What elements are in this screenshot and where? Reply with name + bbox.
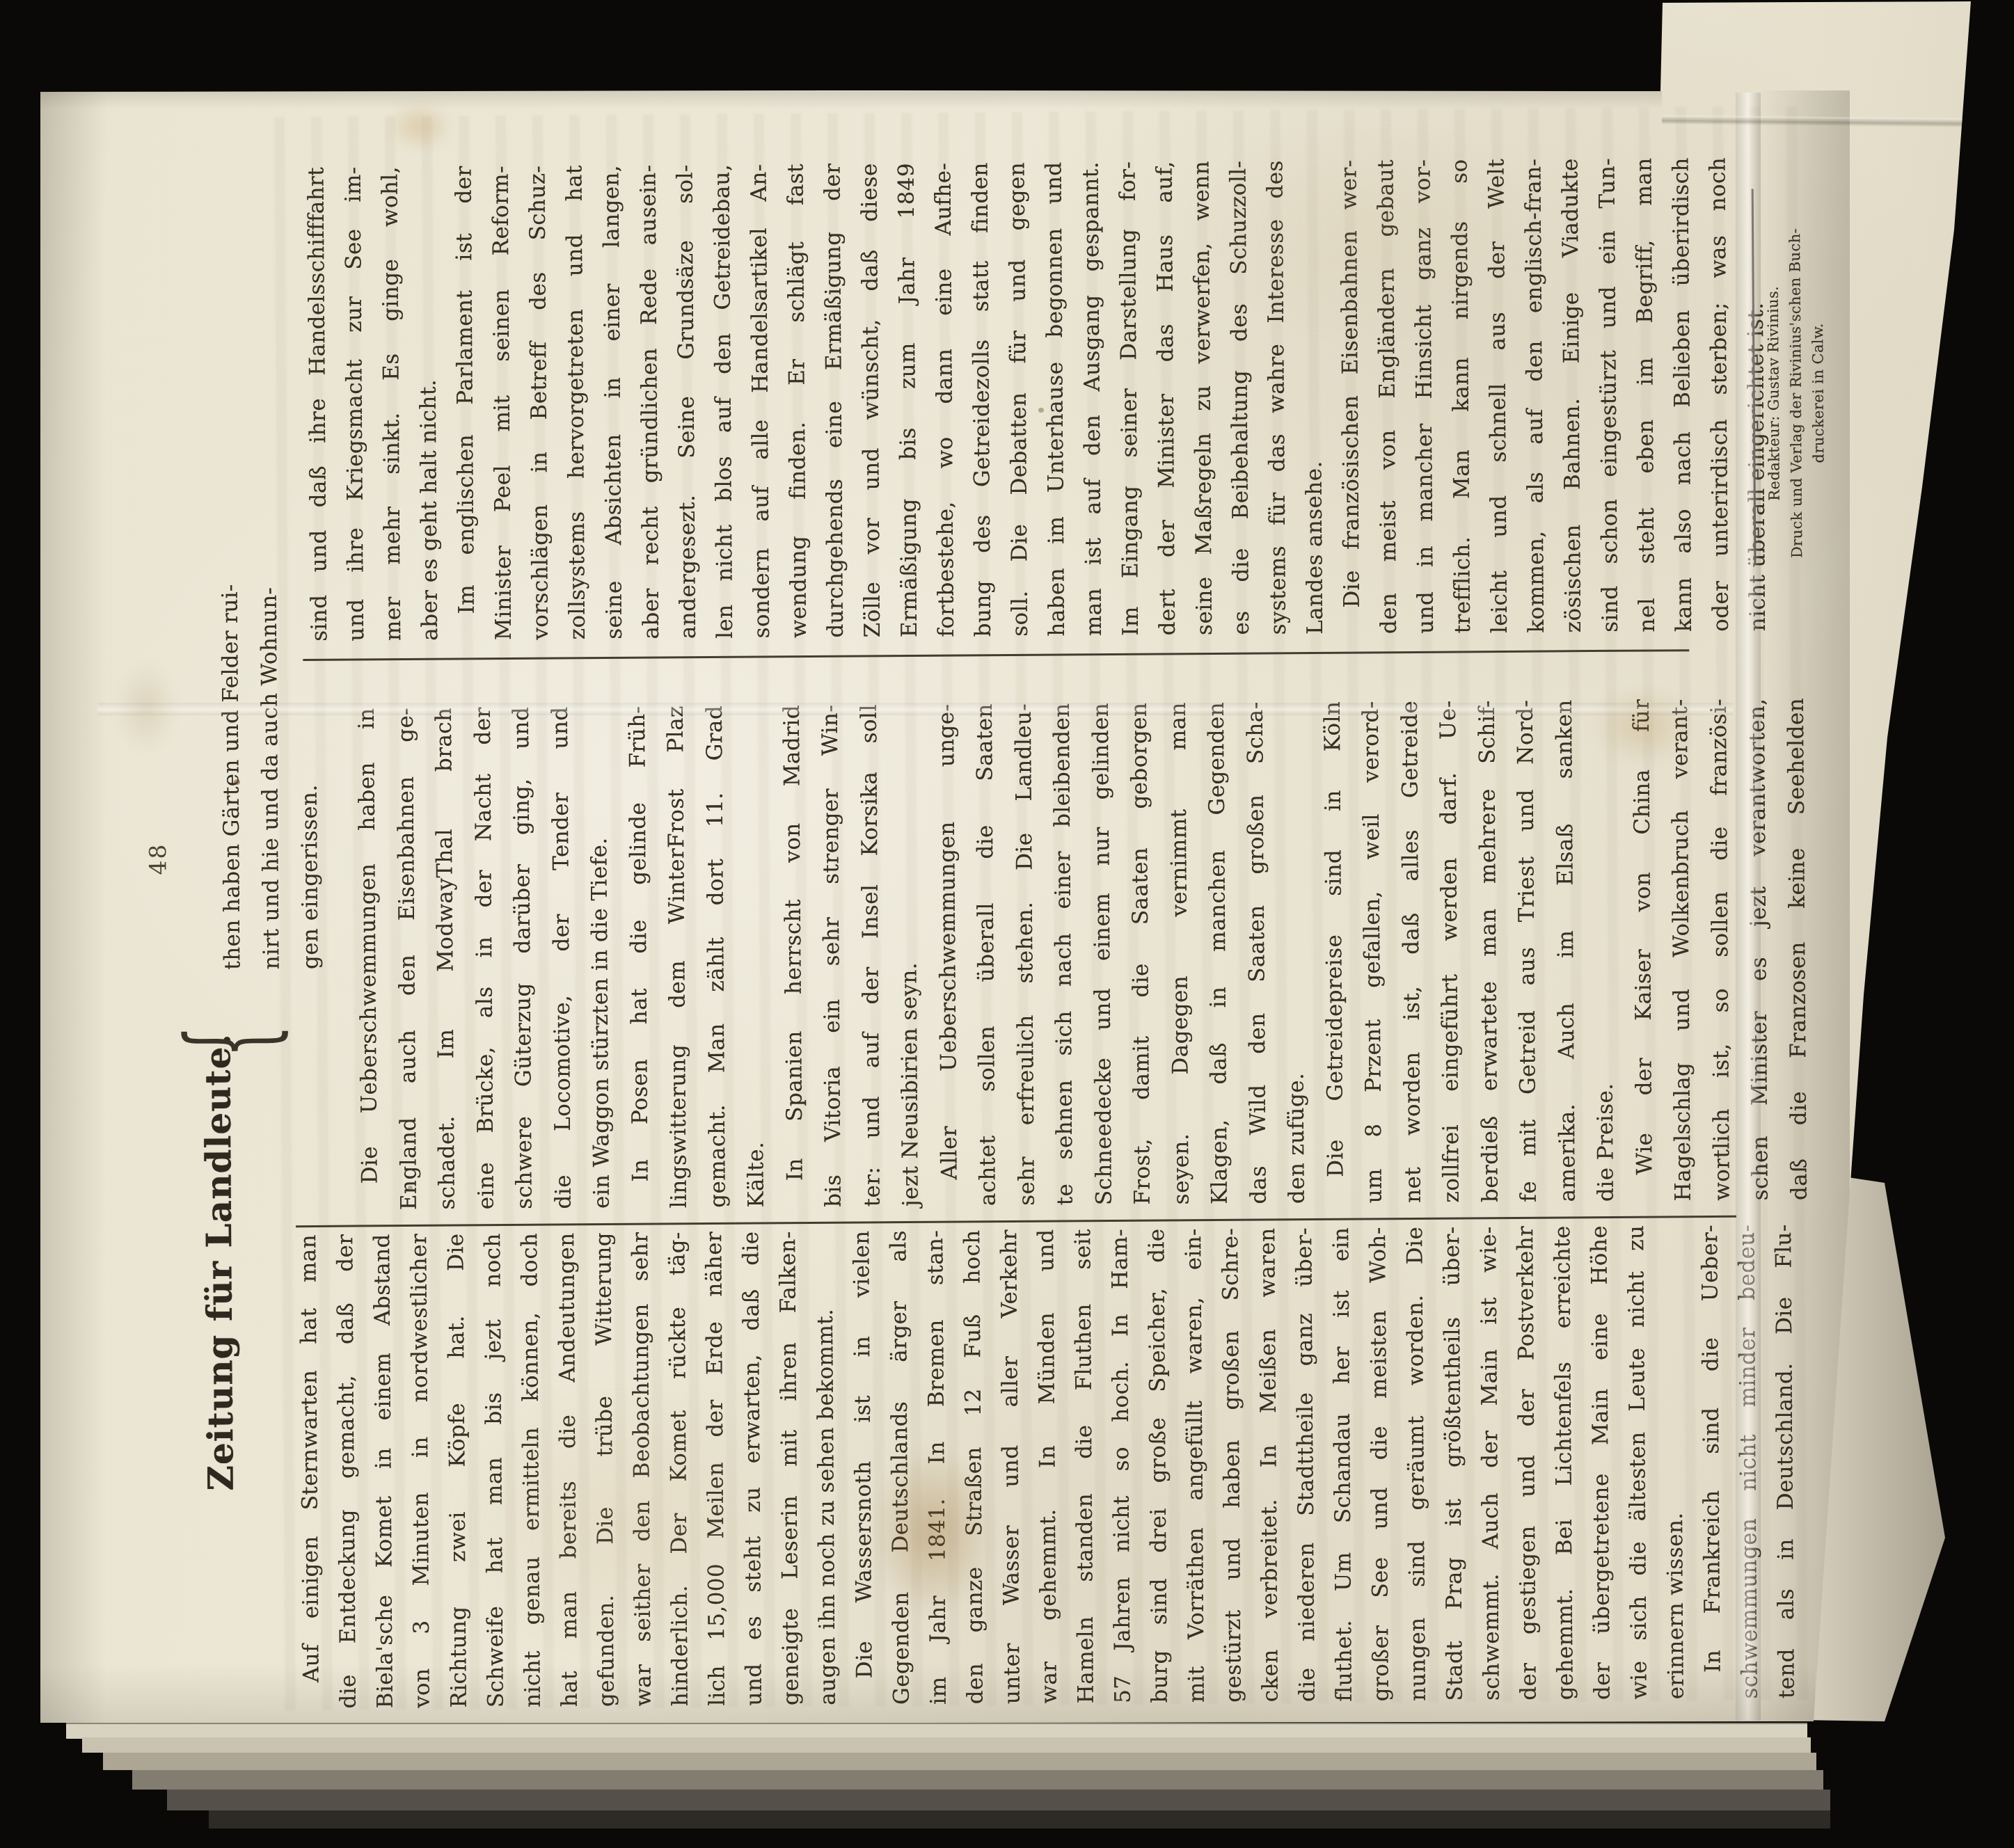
masthead-title: Zeitung für Landleute. (197, 1021, 241, 1504)
text-line: den ganze Straßen 12 Fuß hoch (954, 1229, 994, 1704)
text-line: tend als in Deutschland. Die Flu- (1766, 1224, 1806, 1698)
newspaper-sheet: 48 Zeitung für Landleute. { then haben G… (0, 0, 2014, 1848)
text-line: hinderlich. Der Komet rückte täg- (659, 1232, 699, 1706)
text-line: durchgehends eine Ermäßigung der (814, 164, 855, 638)
text-line: fortbestehe, wo dann eine Aufhe- (925, 162, 965, 637)
text-line: daß die Franzosen keine Seehelden (1777, 698, 1819, 1200)
column-2: Die Ueberschwemmungen haben inEngland au… (348, 698, 1819, 1211)
text-line: nirt und hie und da auch Wohnun- (250, 588, 292, 969)
page-edge (167, 1790, 1830, 1810)
text-line: dert der Minister das Haus auf, (1146, 161, 1187, 635)
text-line: Aller Ueberschwemmungen unge- (927, 703, 969, 1206)
text-line: len nicht blos auf den Getreidebau, (704, 164, 744, 639)
text-line: seyen. Dagegen vernimmt man (1159, 702, 1201, 1204)
text-line: nicht genau ermitteln können, doch (512, 1233, 552, 1707)
text-line: nungen sind geräumt worden. Die (1397, 1227, 1437, 1701)
text-line: und es steht zu erwarten, daß die (733, 1231, 773, 1705)
text-line: kommen, als auf den englisch-fran- (1515, 158, 1555, 632)
text-line: Schneedecke und einem nur gelinden (1081, 703, 1124, 1205)
text-line: das Wild den Saaten großen Scha- (1236, 701, 1278, 1204)
paper-left-shadow (40, 92, 106, 1723)
text-line: schadet. Im ModwayThal brach (425, 707, 468, 1209)
text-line: sondern auf alle Handelsartikel An- (740, 164, 781, 638)
text-line: Frost, damit die Saaten geborgen (1120, 702, 1163, 1204)
text-line: hat man bereits die Andeutungen (548, 1232, 589, 1707)
text-line: schen Minister es jezt verantworten, (1738, 698, 1781, 1200)
text-line: schwere Güterzug darüber ging, und (502, 707, 545, 1209)
page-edge (82, 1737, 1811, 1753)
text-line: gemacht. Man zählt dort 11. Grad (695, 706, 738, 1208)
text-line: erinnern wissen. (1655, 1225, 1695, 1699)
text-line: im Jahr 1841. In Bremen stan- (917, 1230, 958, 1705)
text-line: cken verbreitet. In Meißen waren (1249, 1227, 1290, 1702)
text-line: schwemmt. Auch der Main ist wie- (1470, 1226, 1511, 1700)
text-line: In Spanien herrscht von Madrid (772, 705, 815, 1207)
text-line: wie sich die ältesten Leute nicht zu (1618, 1225, 1658, 1699)
text-line: großer See und die meisten Woh- (1360, 1227, 1400, 1701)
text-line: die Entdeckung gemacht, daß der (327, 1234, 367, 1708)
text-line: te sehnen sich nach einer bleibenden (1043, 703, 1086, 1205)
text-line: soll. Die Debatten für und gegen (999, 162, 1039, 637)
text-line: Minister Peel mit seinen Reform- (482, 166, 523, 640)
text-line: haben im Unterhause begonnen und (1036, 161, 1076, 636)
text-line: unter Wasser und aller Verkehr (991, 1229, 1031, 1704)
text-line: Druck und Verlag der Rivinius'schen Buch… (1783, 150, 1809, 637)
text-line: aber es geht halt nicht. (409, 166, 449, 641)
page-content: 48 Zeitung für Landleute. { then haben G… (100, 86, 1841, 1726)
text-line: und ihre Kriegsmacht zur See im- (335, 166, 375, 641)
text-line: zollsystems hervorgetreten und hat (556, 165, 596, 639)
text-line: Zölle vor und wünscht, daß diese (851, 163, 891, 637)
text-line: es die Beibehaltung des Schuzzoll- (1220, 160, 1260, 635)
text-line: In Frankreich sind die Ueber- (1692, 1225, 1732, 1699)
text-line: die niederen Stadttheile ganz über- (1286, 1227, 1326, 1702)
text-line: Die französischen Eisenbahnen wer- (1331, 159, 1371, 634)
text-line: gefunden. Die trübe Witterung (585, 1232, 626, 1707)
text-line: die Locomotive, der Tender und (541, 706, 583, 1209)
text-line: aber recht gründlichen Rede ausein- (630, 164, 670, 639)
text-line: lingswitterung dem WinterFrost Plaz (657, 706, 699, 1208)
text-line: Hagelschlag und Wolkenbruch verant- (1661, 699, 1704, 1201)
text-line: vorschlägen in Betreff des Schuz- (519, 165, 560, 639)
text-line: zösischen Bahnen. Einige Viadukte (1552, 158, 1592, 632)
text-line: ein Waggon stürzten in die Tiefe. (580, 706, 622, 1209)
text-line: mer mehr sinkt. Es ginge wohl, (372, 166, 412, 641)
text-line: wortlich ist, so sollen die französi- (1699, 699, 1742, 1201)
text-line: burg sind drei große Speicher, die (1139, 1228, 1179, 1703)
text-line: Auf einigen Sternwarten hat man (290, 1234, 331, 1709)
text-line: Stadt Prag ist größtentheils über- (1434, 1226, 1474, 1700)
text-line: sind und daß ihre Handelsschifffahrt (298, 167, 338, 642)
text-line: seine Absichten in einer langen, (593, 165, 633, 639)
text-line: der gestiegen und der Postverkehr (1507, 1226, 1548, 1700)
column-3: sind und daß ihre Handelsschifffahrtund … (298, 157, 1777, 642)
page-edge (209, 1810, 1830, 1829)
text-line: um 8 Przent gefallen, weil verord- (1352, 701, 1395, 1203)
text-line: Ermäßigung bis zum Jahr 1849 (888, 163, 928, 637)
text-line: In Posen hat die gelinde Früh- (618, 706, 660, 1208)
text-line: net worden ist, daß alles Getreide (1390, 701, 1433, 1203)
colophon: Redakteur: Gustav Rivinius.Druck und Ver… (1761, 150, 1831, 637)
text-line: Die Getreidepreise sind in Köln (1313, 701, 1356, 1204)
page-edge (132, 1770, 1823, 1790)
text-line: von 3 Minuten in nordwestlicher (401, 1234, 441, 1708)
continued-article-lines: then haben Gärten und Felder rui-nirt un… (211, 588, 331, 970)
text-line: seine Maßregeln zu verwerfen, wenn (1183, 161, 1223, 635)
text-line: England auch den Eisenbahnen ge- (386, 708, 429, 1210)
text-line: gen eingerissen. (289, 588, 331, 969)
text-line: leicht und schnell aus der Welt (1478, 159, 1519, 633)
text-line: fe mit Getreid aus Triest und Nord- (1507, 700, 1549, 1202)
text-line: Redakteur: Gustav Rivinius. (1761, 150, 1786, 637)
text-line: Gegenden Deutschlands ärger als (880, 1230, 921, 1705)
text-line: bung des Getreidezolls statt finden (962, 162, 1002, 637)
text-line: achtet sollen überall die Saaten (966, 703, 1008, 1206)
text-line: war gehemmt. In Münden und (1028, 1229, 1068, 1703)
text-line: sind schon eingestürzt und ein Tun- (1589, 158, 1629, 632)
text-line: zollfrei eingeführt werden darf. Ue- (1429, 700, 1472, 1202)
text-line: schwemmungen nicht minder bedeu- (1729, 1224, 1769, 1698)
text-line: den meist von Engländern gebaut (1367, 159, 1408, 634)
text-line: Landes ansehe. (1294, 160, 1334, 635)
continuation-brace: { (164, 1024, 299, 1058)
text-line: Im Eingang seiner Darstellung for- (1109, 161, 1150, 636)
text-line: die Preise. (1584, 699, 1626, 1202)
page-number: 48 (144, 827, 172, 890)
text-line: then haben Gärten und Felder rui- (211, 589, 253, 970)
text-line: eine Brücke, als in der Nacht der (463, 707, 506, 1209)
text-line: augen ihn noch zu sehen bekommt. (807, 1231, 847, 1705)
text-line: der übergetretene Main eine Höhe (1581, 1225, 1621, 1700)
text-line: bis Vitoria ein sehr strenger Win- (811, 705, 854, 1207)
text-line: trefflich. Man kann nirgends so (1441, 159, 1482, 633)
text-line: den zufüge. (1275, 701, 1317, 1204)
text-line: andergesezt. Seine Grundsäze sol- (667, 164, 707, 639)
text-line: sehr erfreulich stehen. Die Landleu- (1004, 703, 1047, 1206)
text-line: Klagen, daß in manchen Gegenden (1198, 702, 1240, 1204)
text-line: systems für das wahre Interesse des (1257, 160, 1297, 635)
text-line: ter: und auf der Insel Korsika soll (850, 704, 892, 1206)
text-line: wendung finden. Er schlägt fast (777, 164, 818, 638)
text-line: Die Wassersnoth ist in vielen (843, 1230, 884, 1705)
text-line: Wie der Kaiser von China für (1622, 699, 1665, 1201)
text-line: Kälte. (734, 705, 777, 1207)
text-line: amerika. Auch im Elsaß sanken (1545, 699, 1587, 1202)
text-line: mit Vorräthen angefüllt waren, ein- (1175, 1228, 1216, 1703)
scanned-newspaper-photo: 48 Zeitung für Landleute. { then haben G… (0, 0, 2014, 1848)
text-line: fluthet. Um Schandau her ist ein (1323, 1227, 1363, 1701)
text-line: war seither den Beobachtungen sehr (622, 1232, 663, 1706)
text-line: 57 Jahren nicht so hoch. In Ham- (1102, 1229, 1142, 1703)
text-line: Hameln standen die Fluthen seit (1065, 1229, 1105, 1703)
text-line: jezt Neusibirien seyn. (889, 704, 931, 1206)
page-edge (103, 1753, 1816, 1770)
text-line: und in mancher Hinsicht ganz vor- (1404, 159, 1445, 634)
text-line: gehemmt. Bei Lichtenfels erreichte (1544, 1225, 1585, 1700)
page-edge (66, 1723, 1807, 1739)
text-line: nel steht eben im Begriff, man (1626, 157, 1666, 632)
text-line: gestürzt und haben großen Schre- (1212, 1228, 1253, 1703)
text-line: druckerei in Calw. (1805, 150, 1831, 637)
text-line: geneigte Leserin mit ihren Falken- (770, 1231, 810, 1705)
text-line: lich 15,000 Meilen der Erde näher (696, 1232, 736, 1706)
text-line: Biela'sche Komet in einem Abstand (364, 1234, 404, 1708)
text-line: berdieß erwartete man mehrere Schif- (1468, 700, 1510, 1202)
text-line: man ist auf den Ausgang gespannt. (1072, 161, 1113, 636)
text-line: Die Ueberschwemmungen haben in (348, 708, 390, 1210)
text-line: Schweife hat man bis jezt noch (475, 1233, 515, 1707)
text-line: oder unterirdisch sterben; was noch (1699, 157, 1740, 632)
text-line: Im englischen Parlament ist der (445, 166, 486, 640)
text-line: kann also nach Belieben überirdisch (1663, 157, 1703, 632)
text-line: Richtung zwei Köpfe hat. Die (438, 1233, 478, 1707)
column-1: Auf einigen Sternwarten hat mandie Entde… (290, 1224, 1806, 1709)
